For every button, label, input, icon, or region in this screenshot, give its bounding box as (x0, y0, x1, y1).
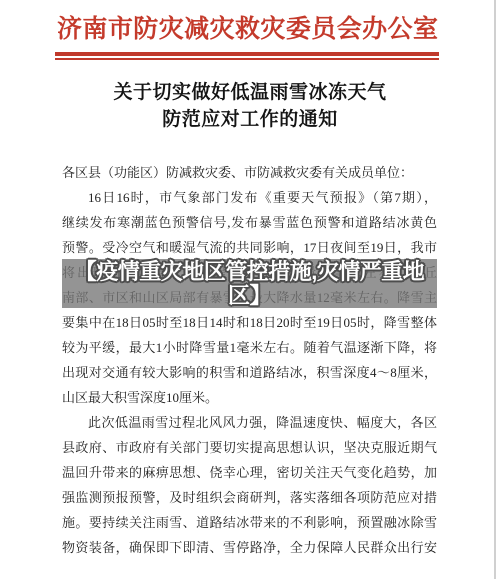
body-text: 各区县（功能区）防减救灾委、市防减救灾委有关成员单位：16日16时，市气象部门发… (62, 160, 437, 560)
notice-title-line2: 防范应对工作的通知 (0, 106, 500, 133)
notice-title-line1: 关于切实做好低温雨雪冰冻天气 (0, 79, 500, 106)
body-line: 强监测预报预警，及时组织会商研判，落实落细各项防范应对措 (62, 485, 437, 510)
body-line: 较为平缓，最大1小时降雪量1毫米左右。随着气温逐渐下降，将 (62, 335, 437, 360)
org-title: 济南市防灾减灾救灾委员会办公室 (57, 13, 438, 47)
red-double-rule (55, 52, 439, 60)
body-line: 各区县（功能区）防减救灾委、市防减救灾委有关成员单位： (62, 160, 437, 185)
body-line: 施。要持续关注雨雪、道路结冰带来的不利影响，预置融冰除雪 (62, 510, 437, 535)
document-page: 济南市防灾减灾救灾委员会办公室 关于切实做好低温雨雪冰冻天气 防范应对工作的通知… (0, 0, 500, 579)
body-line: 继续发布寒潮蓝色预警信号,发布暴雪蓝色预警和道路结冰黄色 (62, 210, 437, 235)
body-line: 要集中在18日05时至18日14时和18日20时至19日05时，降雪整体 (62, 310, 437, 335)
notice-title: 关于切实做好低温雨雪冰冻天气 防范应对工作的通知 (0, 79, 500, 133)
body-line: 预警。受冷空气和暖湿气流的共同影响，17日夜间至19日，我市 (62, 235, 437, 260)
caption-overlay: 【疫情重灾地区管控措施,灾情严重地 区】 (62, 259, 437, 308)
page-right-border (494, 0, 496, 579)
body-line: 山区最大积雪深度10厘米。 (62, 385, 437, 410)
body-line: 温回升带来的麻痹思想、侥幸心理，密切关注天气变化趋势，加 (62, 460, 437, 485)
body-line: 物资装备，确保即下即清、雪停路净，全力保障人民群众出行安 (62, 535, 437, 560)
body-line: 出现对交通有较大影响的积雪和道路结冰，积雪深度4～8厘米， (62, 360, 437, 385)
caption-overlay-line1: 【疫情重灾地区管控措施,灾情严重地 (75, 260, 425, 284)
caption-overlay-line2: 区】 (228, 284, 271, 308)
body-line: 16日16时，市气象部门发布《重要天气预报》（第7期）， (62, 185, 437, 210)
body-line: 此次低温雨雪过程北风风力强，降温速度快、幅度大，各区 (62, 410, 437, 435)
body-line: 县政府、市政府有关部门要切实提高思想认识，坚决克服近期气 (62, 435, 437, 460)
